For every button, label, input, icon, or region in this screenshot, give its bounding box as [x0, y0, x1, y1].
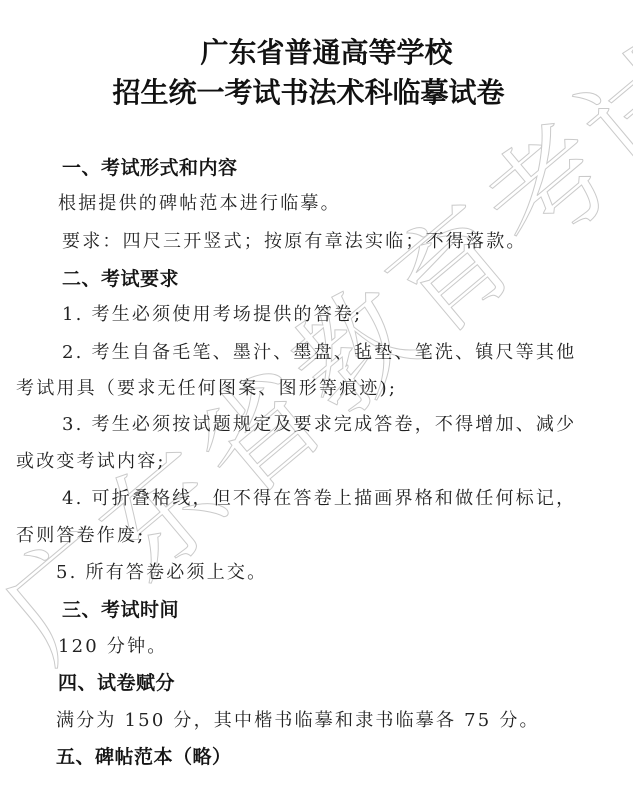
exam-duration: 120 分钟。 [58, 632, 167, 658]
title-line-1: 广东省普通高等学校 [10, 31, 633, 71]
requirement-5: 5. 所有答卷必须上交。 [56, 558, 267, 584]
requirement-4: 4. 可折叠格线，但不得在答卷上描画界格和做任何标记， [62, 484, 576, 510]
requirement-2: 2. 考生自备毛笔、墨汁、墨盘、毡垫、笔洗、镇尺等其他 [62, 338, 576, 364]
score-allocation: 满分为 150 分，其中楷书临摹和隶书临摹各 75 分。 [56, 706, 540, 732]
section-1-line-1: 根据提供的碑帖范本进行临摹。 [58, 189, 341, 215]
exam-page: 广东省教育考试院 广东省普通高等学校 招生统一考试书法术科临摹试卷 一、考试形式… [0, 0, 633, 792]
section-heading-4: 四、试卷赋分 [58, 668, 175, 695]
section-heading-3: 三、考试时间 [62, 595, 179, 622]
section-heading-2: 二、考试要求 [62, 264, 179, 291]
title-line-2: 招生统一考试书法术科临摹试卷 [0, 71, 625, 111]
requirement-3: 3. 考生必须按试题规定及要求完成答卷，不得增加、减少 [62, 410, 576, 436]
requirement-1: 1. 考生必须使用考场提供的答卷; [62, 300, 362, 326]
section-1-line-2: 要求：四尺三开竖式；按原有章法实临；不得落款。 [62, 227, 527, 253]
requirement-2-cont: 考试用具（要求无任何图案、图形等痕迹); [16, 374, 397, 400]
section-heading-5: 五、碑帖范本（略） [56, 742, 232, 769]
requirement-4-cont: 否则答卷作废; [16, 521, 145, 547]
section-heading-1: 一、考试形式和内容 [62, 153, 238, 180]
requirement-3-cont: 或改变考试内容; [16, 447, 166, 473]
